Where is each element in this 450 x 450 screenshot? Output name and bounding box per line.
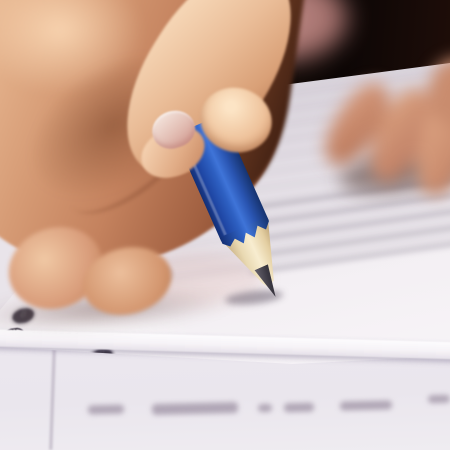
printed-text-smudge [428, 395, 450, 404]
printed-text-smudge [340, 400, 392, 410]
photo-exam-answer-sheet: abcdabcdabcdaabcdabcdabcdababcdabcdabcda… [0, 0, 450, 450]
printed-text-smudge [152, 402, 238, 415]
printed-text-smudge [88, 405, 124, 415]
printed-text-smudge [284, 403, 314, 413]
printed-text-smudge [258, 404, 272, 412]
